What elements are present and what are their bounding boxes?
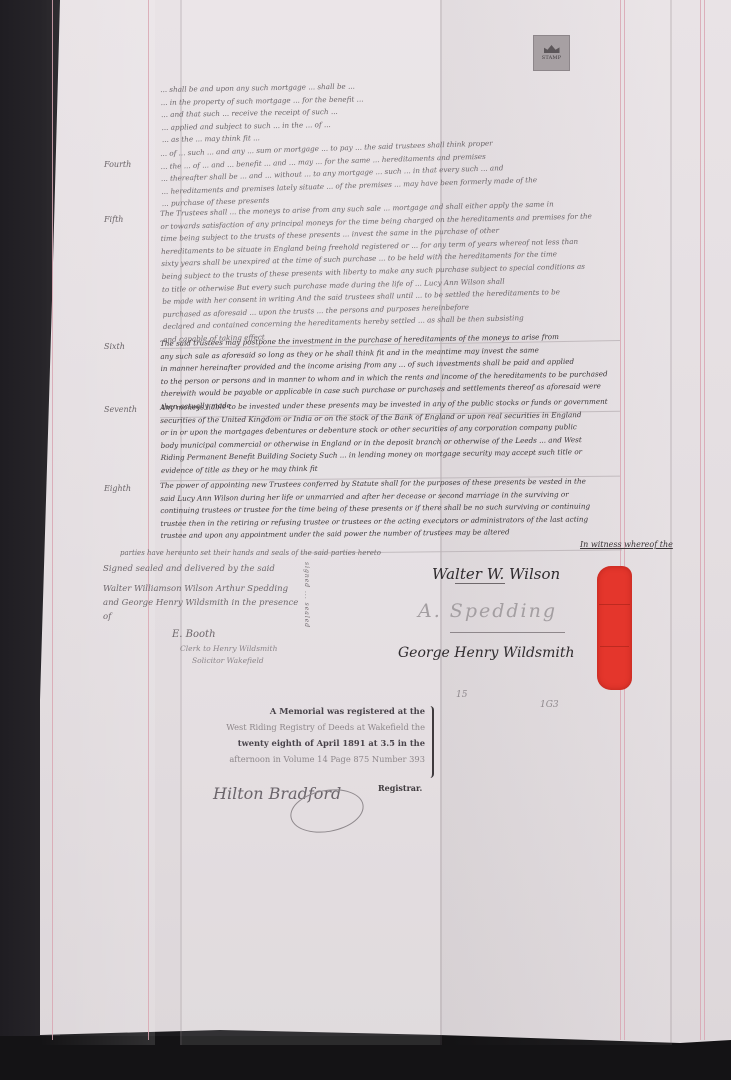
clause-label-sixth: Sixth — [104, 342, 125, 351]
signature-underline — [455, 583, 505, 584]
witness-signature: E. Booth — [172, 628, 216, 642]
pencil-note: 15 — [456, 690, 467, 700]
margin-rule — [700, 0, 701, 1040]
memorial-line: twenty eighth of April 1891 at 3.5 in th… — [200, 735, 425, 751]
stamp-text: STAMP — [542, 55, 562, 61]
memorial-registration-stamp: A Memorial was registered at the West Ri… — [200, 703, 425, 767]
margin-rule — [148, 0, 149, 1040]
fold-line — [670, 0, 672, 1045]
signature-george-henry-wildsmith: George Henry Wildsmith — [398, 645, 575, 661]
clause-label-fourth: Fourth — [104, 160, 131, 169]
paper-panel-left — [40, 0, 155, 1045]
memorial-line: afternoon in Volume 14 Page 875 Number 3… — [200, 751, 425, 767]
red-wax-seal-icon — [597, 566, 632, 690]
clause-eighth-text: The power of appointing new Trustees con… — [160, 475, 621, 543]
margin-rule — [704, 0, 705, 1040]
memorial-bracket — [428, 706, 434, 778]
signature-walter-wilson: Walter W. Wilson — [432, 565, 560, 583]
clause-label-fifth: Fifth — [104, 215, 123, 224]
signature-underline — [450, 632, 565, 633]
witness-clause: Signed sealed and delivered by the said … — [103, 562, 298, 624]
signature-a-spedding: A. Spedding — [418, 600, 557, 622]
closing-text: parties have hereunto set their hands an… — [120, 546, 381, 560]
clause-seventh-text: Any moneys liable to be invested under t… — [160, 396, 621, 478]
in-witness-text: In witness whereof the — [580, 540, 673, 549]
registrar-label: Registrar. — [378, 783, 422, 793]
margin-rule — [624, 0, 625, 1040]
witness-line: Signed sealed and delivered by the said — [103, 562, 298, 576]
crown-stamp-icon — [544, 45, 560, 53]
witness-signature-title: Solicitor Wakefield — [192, 654, 264, 668]
margin-rule — [52, 0, 53, 1040]
witness-vertical-note: signed ... sealed — [303, 562, 310, 628]
witness-line: and George Henry Wildsmith in the presen… — [103, 596, 298, 610]
witness-line: of — [103, 610, 298, 624]
clause-label-seventh: Seventh — [104, 405, 137, 414]
pencil-note: 1G3 — [540, 700, 559, 710]
clause-fifth-text: The Trustees shall ... the moneys to ari… — [160, 197, 623, 347]
memorial-line: West Riding Registry of Deeds at Wakefie… — [200, 719, 425, 735]
memorial-line: A Memorial was registered at the — [200, 703, 425, 719]
clause-label-eighth: Eighth — [104, 484, 131, 493]
revenue-stamp: STAMP — [533, 35, 570, 71]
witness-line: Walter Williamson Wilson Arthur Spedding — [103, 582, 298, 596]
